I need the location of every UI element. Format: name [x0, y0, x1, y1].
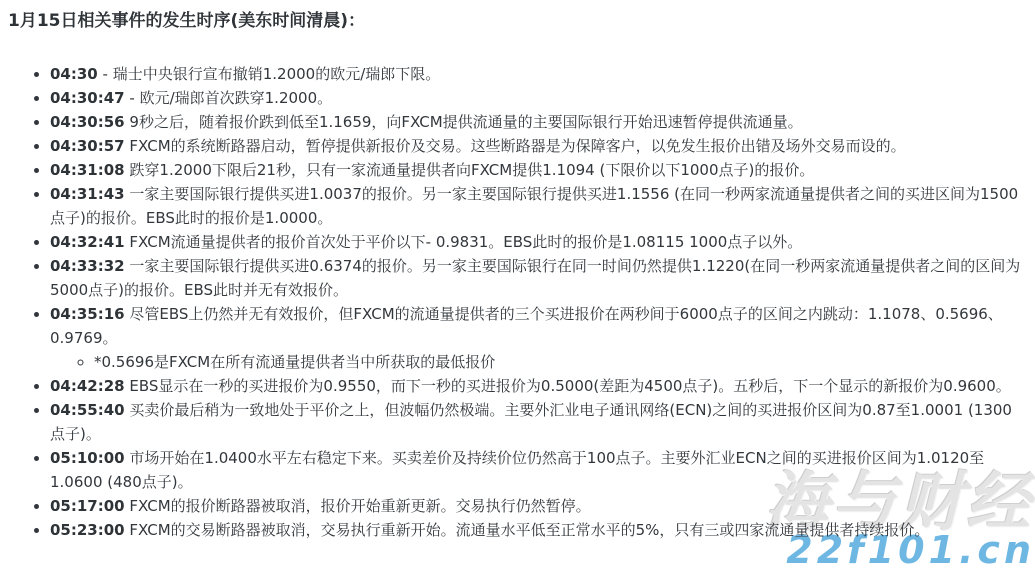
event-text: FXCM的系统断路器启动，暂停提供新报价及交易。这些断路器是为保障客户，以免发生… [129, 137, 905, 155]
event-time: 04:31:08 [50, 161, 125, 179]
timeline-subitem-list: *0.5696是FXCM在所有流通量提供者当中所获取的最低报价 [50, 350, 1021, 374]
event-text: - 欧元/瑞郎首次跌穿1.2000。 [129, 89, 332, 107]
event-text: 市场开始在1.0400水平左右稳定下来。买卖差价及持续价位仍然高于100点子。主… [50, 449, 984, 491]
timeline-item: 04:30:47 - 欧元/瑞郎首次跌穿1.2000。 [50, 86, 1021, 110]
event-text: EBS显示在一秒的买进报价为0.9550，而下一秒的买进报价为0.5000(差距… [129, 377, 1010, 395]
event-text: FXCM的交易断路器被取消，交易执行重新开始。流通量水平低至正常水平的5%，只有… [129, 521, 929, 539]
timeline-item: 04:32:41 FXCM流通量提供者的报价首次处于平价以下- 0.9831。E… [50, 230, 1021, 254]
timeline-item: 04:55:40 买卖价最后稍为一致地处于平价之上，但波幅仍然极端。主要外汇业电… [50, 398, 1021, 446]
timeline-item: 04:35:16 尽管EBS上仍然并无有效报价，但FXCM的流通量提供者的三个买… [50, 302, 1021, 374]
event-text: - 瑞士中央银行宣布撤销1.2000的欧元/瑞郎下限。 [103, 65, 441, 83]
timeline-item: 04:30:56 9秒之后，随着报价跌到低至1.1659，向FXCM提供流通量的… [50, 110, 1021, 134]
event-text: 买卖价最后稍为一致地处于平价之上，但波幅仍然极端。主要外汇业电子通讯网络(ECN… [50, 401, 1012, 443]
event-time: 04:33:32 [50, 257, 125, 275]
timeline-item: 04:30 - 瑞士中央银行宣布撤销1.2000的欧元/瑞郎下限。 [50, 62, 1021, 86]
event-text: 一家主要国际银行提供买进1.0037的报价。另一家主要国际银行提供买进1.155… [50, 185, 1018, 227]
page-title: 1月15日相关事件的发生时序(美东时间清晨)： [8, 10, 1021, 32]
event-timeline-list: 04:30 - 瑞士中央银行宣布撤销1.2000的欧元/瑞郎下限。 04:30:… [8, 62, 1021, 542]
timeline-item: 05:17:00 FXCM的报价断路器被取消，报价开始重新更新。交易执行仍然暂停… [50, 494, 1021, 518]
event-time: 04:42:28 [50, 377, 125, 395]
event-time: 05:23:00 [50, 521, 125, 539]
timeline-subitem: *0.5696是FXCM在所有流通量提供者当中所获取的最低报价 [94, 350, 1021, 374]
event-time: 04:32:41 [50, 233, 125, 251]
timeline-item: 04:30:57 FXCM的系统断路器启动，暂停提供新报价及交易。这些断路器是为… [50, 134, 1021, 158]
event-time: 04:30:47 [50, 89, 125, 107]
event-text: 9秒之后，随着报价跌到低至1.1659，向FXCM提供流通量的主要国际银行开始迅… [129, 113, 802, 131]
event-text: 尽管EBS上仍然并无有效报价，但FXCM的流通量提供者的三个买进报价在两秒间于6… [50, 305, 1003, 347]
timeline-item: 04:33:32 一家主要国际银行提供买进0.6374的报价。另一家主要国际银行… [50, 254, 1021, 302]
event-text: FXCM流通量提供者的报价首次处于平价以下- 0.9831。EBS此时的报价是1… [129, 233, 802, 251]
event-time: 04:55:40 [50, 401, 125, 419]
event-time: 04:30:56 [50, 113, 125, 131]
timeline-item: 04:31:43 一家主要国际银行提供买进1.0037的报价。另一家主要国际银行… [50, 182, 1021, 230]
event-time: 05:10:00 [50, 449, 125, 467]
event-time: 04:31:43 [50, 185, 125, 203]
event-text: FXCM的报价断路器被取消，报价开始重新更新。交易执行仍然暂停。 [129, 497, 590, 515]
event-time: 04:35:16 [50, 305, 125, 323]
article-content: 1月15日相关事件的发生时序(美东时间清晨)： 04:30 - 瑞士中央银行宣布… [0, 0, 1035, 542]
timeline-item: 04:42:28 EBS显示在一秒的买进报价为0.9550，而下一秒的买进报价为… [50, 374, 1021, 398]
timeline-item: 04:31:08 跌穿1.2000下限后21秒，只有一家流通量提供者向FXCM提… [50, 158, 1021, 182]
event-text: 跌穿1.2000下限后21秒，只有一家流通量提供者向FXCM提供1.1094 (… [129, 161, 814, 179]
event-text: 一家主要国际银行提供买进0.6374的报价。另一家主要国际银行在同一时间仍然提供… [50, 257, 1020, 299]
event-time: 04:30:57 [50, 137, 125, 155]
event-time: 05:17:00 [50, 497, 125, 515]
timeline-item: 05:23:00 FXCM的交易断路器被取消，交易执行重新开始。流通量水平低至正… [50, 518, 1021, 542]
event-subtext: *0.5696是FXCM在所有流通量提供者当中所获取的最低报价 [94, 353, 495, 371]
event-time: 04:30 [50, 65, 98, 83]
article-page: { "page": { "title": "1月15日相关事件的发生时序(美东时… [0, 0, 1035, 569]
timeline-item: 05:10:00 市场开始在1.0400水平左右稳定下来。买卖差价及持续价位仍然… [50, 446, 1021, 494]
